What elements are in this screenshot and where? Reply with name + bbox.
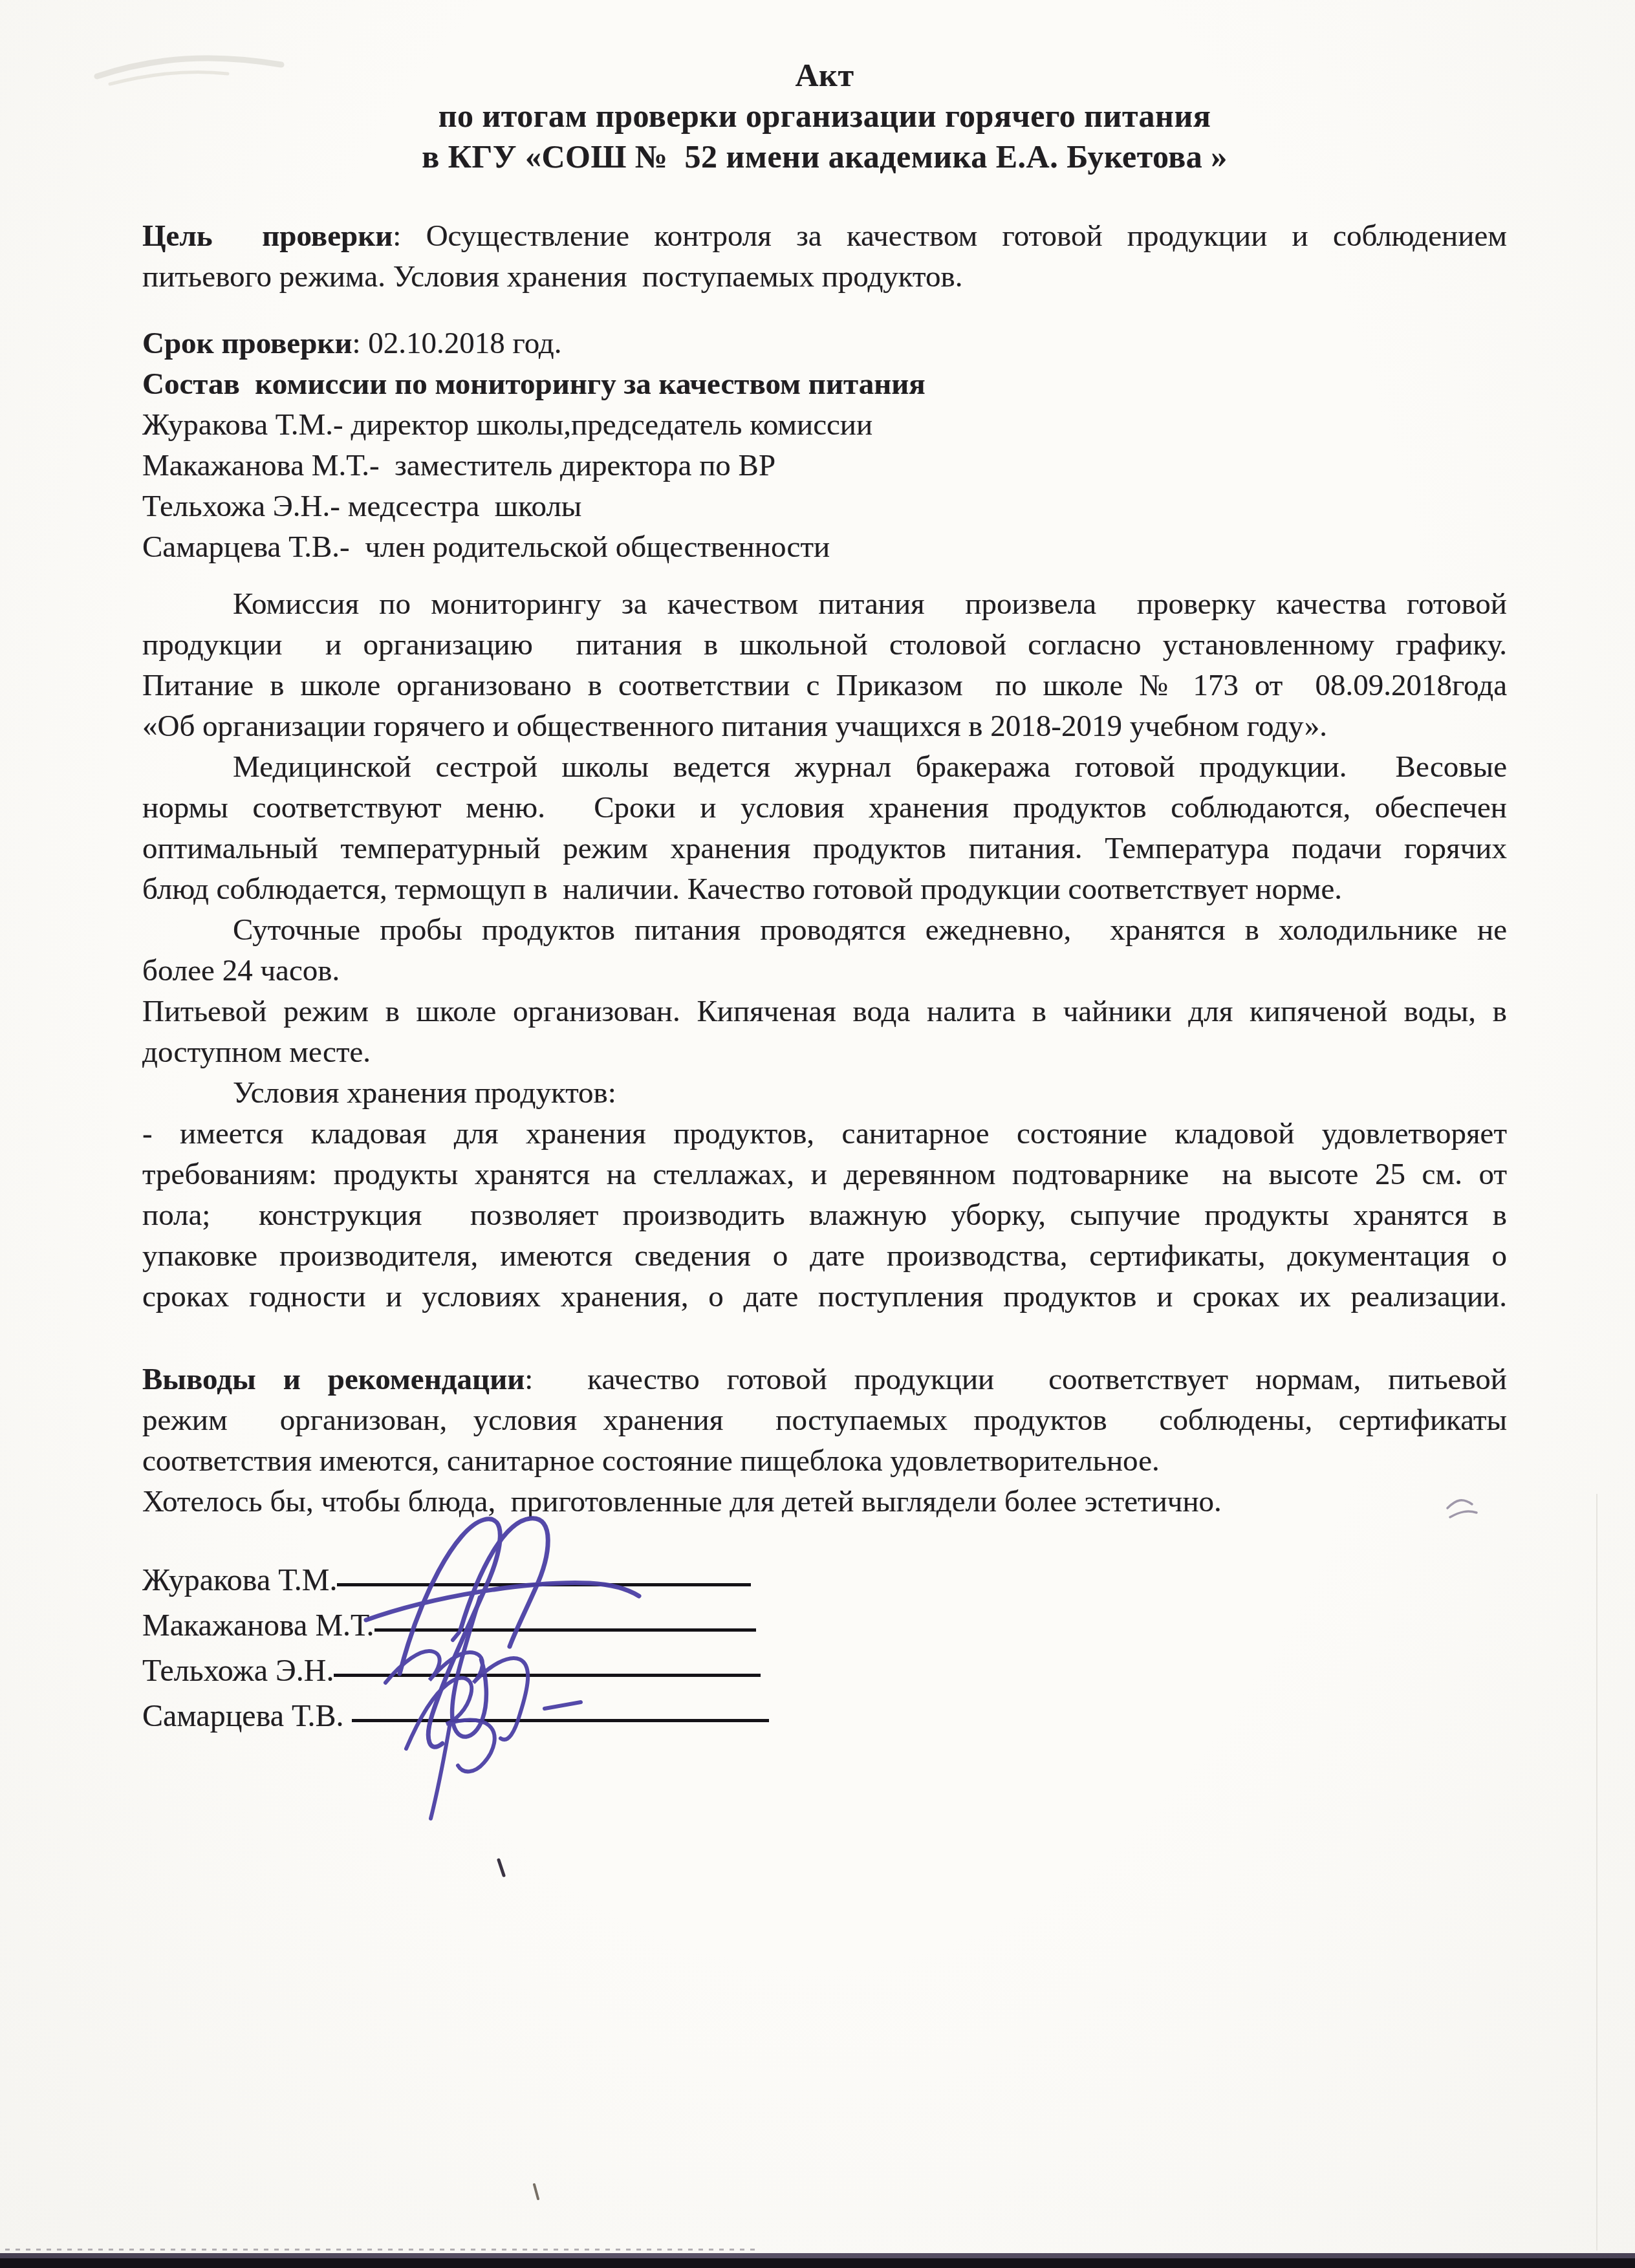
p3-line-5: Условия хранения продуктов: [142, 1073, 1507, 1114]
scan-edge-black-strip [0, 2258, 1635, 2268]
commission-members: Журакова Т.М.- директор школы,председате… [142, 405, 1507, 568]
p1-line-4: «Об организации горячего и общественного… [142, 706, 1507, 747]
signature-line-1 [337, 1581, 751, 1586]
scan-dotted-line [5, 2249, 755, 2251]
document-title: Акт по итогам проверки организации горяч… [142, 55, 1507, 177]
p3-line-4: доступном месте. [142, 1032, 1507, 1073]
p1-line-2: продукции и организацию питания в школьн… [142, 625, 1507, 665]
signature-line-3 [334, 1671, 761, 1677]
signature-line-2 [374, 1626, 756, 1632]
signature-row-4: Самарцева Т.В. [142, 1694, 1507, 1739]
conclusions-label: Выводы и рекомендации [142, 1363, 525, 1396]
signer-name-1: Журакова Т.М. [142, 1563, 337, 1597]
conclusions-line-3: соответствия имеются, санитарное состоян… [142, 1441, 1507, 1482]
paragraph-daily-samples: Суточные пробы продуктов питания проводя… [142, 910, 1507, 1114]
conclusions-section: Выводы и рекомендации: качество готовой … [142, 1359, 1507, 1522]
p3-line-3: Питьевой режим в школе организован. Кипя… [142, 991, 1507, 1032]
signature-row-3: Тельхожа Э.Н. [142, 1648, 1507, 1694]
signature-line-4 [352, 1716, 769, 1722]
term-label: Срок проверки [142, 327, 352, 360]
p1-line-3: Питание в школе организовано в соответст… [142, 665, 1507, 706]
p2-line-2: нормы соответствуют меню. Сроки и услови… [142, 788, 1507, 828]
inspection-goal: Цель проверки: Осуществление контроля за… [142, 216, 1507, 297]
member-2: Макажанова М.Т.- заместитель директора п… [142, 446, 1507, 486]
commission-heading: Состав комиссии по мониторингу за качест… [142, 364, 1507, 405]
conclusions-line-4: Хотелось бы, чтобы блюда, приготовленные… [142, 1482, 1507, 1522]
p3-line-1: Суточные пробы продуктов питания проводя… [142, 910, 1507, 951]
stray-tick-marks [499, 1860, 538, 2199]
term-value: : 02.10.2018 год. [352, 327, 562, 360]
inspection-term: Срок проверки: 02.10.2018 год. [142, 323, 1507, 364]
signatures-section: Журакова Т.М. Макажанова М.Т. Тельхожа Э… [142, 1558, 1507, 1739]
signer-name-3: Тельхожа Э.Н. [142, 1654, 334, 1688]
signer-name-2: Макажанова М.Т. [142, 1608, 374, 1643]
storage-line-5: сроках годности и условиях хранения, о д… [142, 1277, 1507, 1317]
signer-name-4: Самарцева Т.В. [142, 1699, 352, 1733]
p2-line-1: Медицинской сестрой школы ведется журнал… [142, 747, 1507, 788]
p1-line-1: Комиссия по мониторингу за качеством пит… [142, 584, 1507, 625]
member-3: Тельхожа Э.Н.- медсестра школы [142, 486, 1507, 527]
p2-line-3: оптимальный температурный режим хранения… [142, 828, 1507, 869]
paragraph-storage-conditions: - имеется кладовая для хранения продукто… [142, 1114, 1507, 1317]
signature-row-2: Макажанова М.Т. [142, 1603, 1507, 1648]
paragraph-quality-check: Комиссия по мониторингу за качеством пит… [142, 584, 1507, 747]
paragraph-nurse-log: Медицинской сестрой школы ведется журнал… [142, 747, 1507, 910]
conclusions-line-2: режим организован, условия хранения пост… [142, 1400, 1507, 1441]
member-4: Самарцева Т.В.- член родительской общест… [142, 527, 1507, 568]
member-1: Журакова Т.М.- директор школы,председате… [142, 405, 1507, 446]
scanned-document-page: Акт по итогам проверки организации горяч… [0, 0, 1635, 2268]
storage-line-4: упаковке производителя, имеются сведения… [142, 1236, 1507, 1277]
goal-line-1: Цель проверки: Осуществление контроля за… [142, 216, 1507, 257]
storage-line-1: - имеется кладовая для хранения продукто… [142, 1114, 1507, 1154]
p2-line-4: блюд соблюдается, термощуп в наличии. Ка… [142, 869, 1507, 910]
page-edge-scan-line [1596, 1494, 1597, 2251]
goal-line-2: питьевого режима. Условия хранения посту… [142, 257, 1507, 297]
scan-edge-purple-strip [0, 2253, 1635, 2258]
p3-line-2: более 24 часов. [142, 951, 1507, 991]
title-line-2: по итогам проверки организации горячего … [142, 96, 1507, 136]
storage-line-2: требованиям: продукты хранятся на стелла… [142, 1154, 1507, 1195]
title-line-1: Акт [142, 55, 1507, 96]
title-line-3: в КГУ «СОШ № 52 имени академика Е.А. Бук… [142, 136, 1507, 177]
goal-label: Цель проверки [142, 219, 393, 253]
storage-line-3: пола; конструкция позволяет производить … [142, 1195, 1507, 1236]
conclusions-line-1: Выводы и рекомендации: качество готовой … [142, 1359, 1507, 1400]
goal-text: : Осуществление контроля за качеством го… [393, 219, 1507, 253]
conclusions-text: : качество готовой продукции соответству… [525, 1363, 1507, 1396]
signature-row-1: Журакова Т.М. [142, 1558, 1507, 1603]
